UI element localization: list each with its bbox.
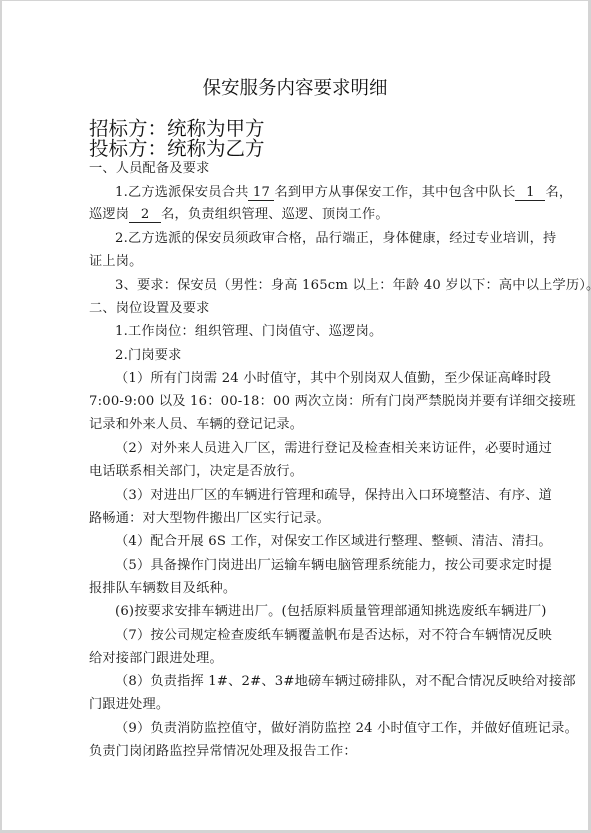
document-title: 保安服务内容要求明细: [2, 77, 588, 101]
gate-item-8-line-1: （8）负责指挥 1#、2#、3#地磅车辆过磅排队，对不配合情况反映给对接部: [115, 674, 576, 690]
gate-item-9-line-2: 负责门岗闭路监控异常情况处理及报告工作：: [89, 744, 357, 760]
gate-item-5-line-1: （5）具备操作门岗进出厂运输车辆电脑管理系统能力，按公司要求定时提: [115, 558, 552, 574]
gate-item-5-line-2: 报排队车辆数目及纸种。: [89, 581, 236, 597]
personnel-item-1-line-2: 巡逻岗2名，负责组织管理、巡逻、顶岗工作。: [89, 207, 389, 223]
gate-item-4: （4）配合开展 6S 工作，对保安工作区域进行整理、整顿、清洁、清扫。: [115, 534, 552, 550]
gate-item-8-line-2: 门跟进处理。: [89, 697, 169, 713]
text: 名，: [545, 185, 572, 200]
personnel-item-2-line-2: 证上岗。: [89, 254, 143, 270]
gate-item-6: (6)按要求安排车辆进出厂。(包括原料质量管理部通知挑选废纸车辆进厂): [115, 604, 547, 620]
document-page: 保安服务内容要求明细 招标方：统称为甲方 投标方：统称为乙方 一、人员配备及要求…: [2, 1, 588, 830]
bidder-party-line: 投标方：统称为乙方: [89, 138, 265, 160]
text: 1.乙方选派保安员合共: [115, 185, 248, 200]
text: 巡逻岗: [89, 207, 129, 222]
section-heading-personnel: 一、人员配备及要求: [89, 161, 210, 177]
gate-item-1-line-3: 记录和外来人员、车辆的登记记录。: [89, 417, 303, 433]
gate-item-3-line-1: （3）对进出厂区的车辆进行管理和疏导，保持出入口环境整洁、有序、道: [115, 488, 552, 504]
gate-item-3-line-2: 路畅通：对大型物件搬出厂区实行记录。: [89, 511, 330, 527]
gate-item-9-line-1: （9）负责消防监控值守，做好消防监控 24 小时值守工作，并做好值班记录。: [115, 721, 578, 737]
text: 名，负责组织管理、巡逻、顶岗工作。: [161, 207, 389, 222]
personnel-item-3: 3、要求：保安员（男性：身高 165cm 以上：年龄 40 岁以下：高中以上学历…: [115, 278, 591, 294]
personnel-item-2-line-1: 2.乙方选派的保安员须政审合格，品行端正，身体健康，经过专业培训，持: [115, 231, 556, 247]
gate-item-7-line-2: 给对接部门跟进处理。: [89, 651, 223, 667]
gate-item-7-line-1: （7）按公司规定检查废纸车辆覆盖帆布是否达标，对不符合车辆情况反映: [115, 628, 552, 644]
captain-count-field: 1: [515, 186, 545, 201]
gate-requirements-heading: 2.门岗要求: [115, 348, 182, 364]
gate-item-1-line-2: 7:00-9:00 以及 16：00-18：00 两次立岗：所有门岗严禁脱岗并要…: [89, 394, 576, 410]
posts-item-1: 1.工作岗位：组织管理、门岗值守、巡逻岗。: [115, 324, 382, 340]
patrol-count-field: 2: [129, 208, 161, 223]
text: 名到甲方从事保安工作，其中包含中队长: [274, 185, 515, 200]
section-heading-posts: 二、岗位设置及要求: [89, 301, 210, 317]
gate-item-2-line-1: （2）对外来人员进入厂区，需进行登记及检查相关来访证件，必要时通过: [115, 441, 552, 457]
personnel-item-1-line-1: 1.乙方选派保安员合共17名到甲方从事保安工作，其中包含中队长1名，: [115, 185, 572, 201]
gate-item-1-line-1: （1）所有门岗需 24 小时值守，其中个别岗双人值勤，至少保证高峰时段: [115, 371, 551, 387]
gate-item-2-line-2: 电话联系相关部门，决定是否放行。: [89, 464, 303, 480]
total-count-field: 17: [248, 186, 274, 201]
